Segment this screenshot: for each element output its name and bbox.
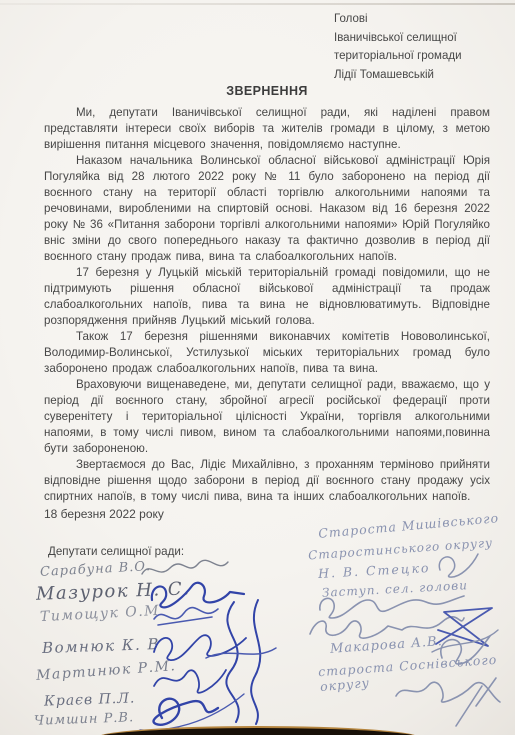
body-paragraph: Звертаємося до Вас, Лідіє Михайлівно, з … bbox=[44, 457, 490, 505]
paper-top-edge bbox=[0, 3, 515, 5]
deputy-signature-name: Сарабуна В.О. bbox=[40, 559, 152, 580]
document-page: Голові Іваничівської селищної територіал… bbox=[0, 0, 515, 735]
signature-scribble bbox=[392, 672, 502, 710]
deputy-signature-name: Вомнюк К. В bbox=[42, 635, 161, 657]
signature-label: Депутати селищної ради: bbox=[48, 545, 184, 558]
signature-scribble bbox=[152, 605, 222, 631]
signature-scribble bbox=[200, 598, 280, 728]
deputy-signature-name: Чимшин Р.В. bbox=[34, 710, 135, 728]
deputy-signature-name: Мазурок Н. С. bbox=[36, 578, 191, 604]
deputy-signature-name: Мартинюк Р.М. bbox=[36, 658, 177, 684]
staff-note-line: Заступ. сел. голови bbox=[322, 578, 469, 600]
body-paragraph: Враховуючи вищенаведене, ми, депутати се… bbox=[44, 377, 490, 457]
recipient-line: територіальної громади bbox=[334, 47, 462, 66]
staff-note-line: округу bbox=[319, 675, 370, 694]
recipient-address: Голові Іваничівської селищної територіал… bbox=[334, 10, 462, 84]
signature-scribble bbox=[432, 552, 480, 578]
recipient-line: Іваничівської селищної bbox=[334, 29, 462, 48]
document-body: ЗВЕРНЕННЯ Ми, депутати Іваничівської сел… bbox=[44, 84, 490, 505]
body-paragraph: Наказом начальника Волинської обласної в… bbox=[44, 153, 490, 265]
signature-scribble bbox=[452, 684, 484, 728]
recipient-line: Голові bbox=[334, 10, 462, 29]
deputy-signature-name: Краєв П.Л. bbox=[44, 690, 136, 709]
document-date: 18 березня 2022 року bbox=[44, 507, 164, 521]
document-title: ЗВЕРНЕННЯ bbox=[44, 84, 490, 98]
recipient-line: Лідії Томашевській bbox=[334, 66, 462, 85]
staff-note-line: Макарова А.В. bbox=[330, 634, 444, 657]
staff-note-line: Старостинського округу bbox=[308, 536, 494, 563]
staff-note-line: Н. В. Стецко bbox=[318, 560, 431, 581]
body-paragraph: Також 17 березня рішеннями виконавчих ко… bbox=[44, 329, 490, 377]
paper-bottom-edge bbox=[96, 726, 420, 735]
body-paragraph: Ми, депутати Іваничівської селищної ради… bbox=[44, 105, 490, 153]
deputy-signature-name: Тимощук О.М bbox=[40, 603, 161, 625]
body-paragraph: 17 березня у Луцькій міській територіаль… bbox=[44, 265, 490, 329]
